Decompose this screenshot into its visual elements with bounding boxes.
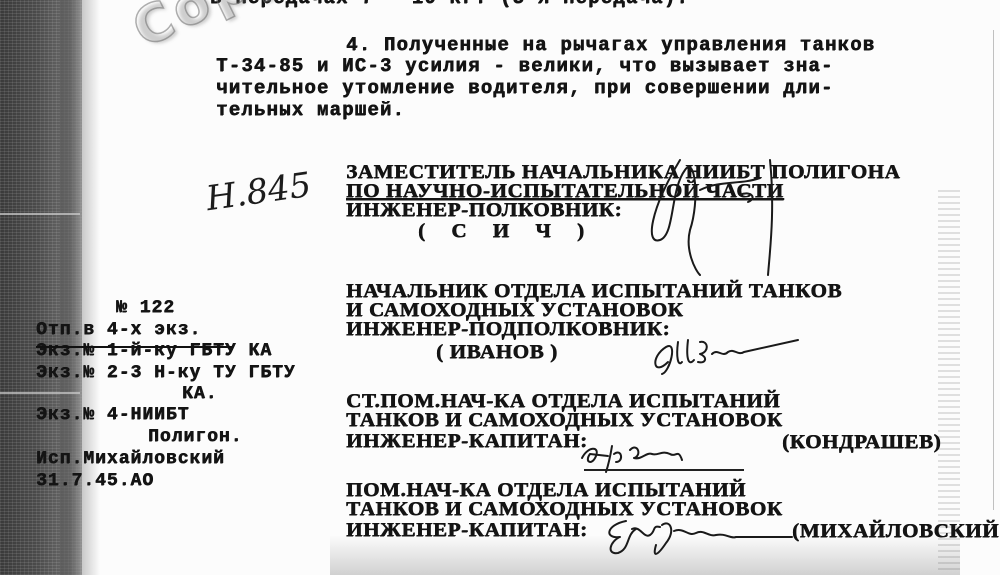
scan-noise <box>938 190 960 570</box>
binding-crease <box>0 213 80 215</box>
handwritten-file-number: Н.845 <box>204 165 314 219</box>
page-edge <box>993 30 994 510</box>
signer-3-title-line-1: СТ.ПОМ.НАЧ-КА ОТДЕЛА ИСПЫТАНИЙ <box>346 391 780 411</box>
distribution-line-6: Полигон. <box>148 427 242 447</box>
top-cut-line: в передачах 7 — 10 кг. (3-я передача). <box>210 0 689 8</box>
signer-3-title-line-2: ТАНКОВ И САМОХОДНЫХ УСТАНОВОК <box>346 410 783 430</box>
scanned-document-page: в передачах 7 — 10 кг. (3-я передача). 4… <box>0 0 1000 575</box>
signature-underline <box>584 469 744 471</box>
distribution-line-8: 31.7.45.АО <box>36 471 154 491</box>
signer-3-name: (КОНДРАШЕВ) <box>782 432 941 452</box>
distribution-line-1: Отп.в 4-х экз. <box>36 320 201 340</box>
signer-2-title-line-2: И САМОХОДНЫХ УСТАНОВОК <box>346 300 683 320</box>
distribution-line-3: Экз.№ 2-3 Н-ку ТУ ГБТУ <box>36 363 296 383</box>
signature-2 <box>648 322 808 382</box>
signature-1 <box>640 150 790 280</box>
signer-1-title-line-3: ИНЖЕНЕР-ПОЛКОВНИК: <box>346 200 622 220</box>
distribution-line-2: Экз.№ 1-й-ку ГБТУ КА <box>36 341 272 361</box>
paragraph-4-line-2: Т-34-85 и ИС-3 усилия - велики, что вызы… <box>216 56 834 76</box>
distribution-line-7: Исп.Михайловский <box>36 449 225 469</box>
paragraph-4-line-1: 4. Полученные на рычагах управления танк… <box>346 35 875 55</box>
distribution-line-5: Экз.№ 4-НИИБТ <box>36 405 189 425</box>
signer-4-name: (МИХАЙЛОВСКИЙ <box>792 521 999 541</box>
signer-2-name: ( ИВАНОВ ) <box>436 342 558 362</box>
paragraph-4-line-4: тельных маршей. <box>216 100 405 120</box>
signer-4-title-line-1: ПОМ.НАЧ-КА ОТДЕЛА ИСПЫТАНИЙ <box>346 480 746 500</box>
signer-4-title-line-3: ИНЖЕНЕР-КАПИТАН: <box>346 520 588 540</box>
signer-2-title-line-3: ИНЖЕНЕР-ПОДПОЛКОВНИК: <box>346 319 670 339</box>
paragraph-4-line-3: чительное утомление водителя, при соверш… <box>216 78 834 98</box>
distribution-line-4: КА. <box>182 384 217 404</box>
signature-4 <box>596 515 796 565</box>
binding-crease <box>0 392 80 394</box>
strikethrough-line <box>36 346 232 348</box>
signer-2-title-line-1: НАЧАЛЬНИК ОТДЕЛА ИСПЫТАНИЙ ТАНКОВ <box>346 281 842 301</box>
signer-3-title-line-3: ИНЖЕНЕР-КАПИТАН: <box>346 431 588 451</box>
signer-1-title-line-1: ЗАМЕСТИТЕЛЬ НАЧАЛЬНИКА НИИБТ ПОЛИГОНА <box>346 162 900 182</box>
signer-1-name: ( С И Ч ) <box>418 221 594 241</box>
outgoing-number: № 122 <box>116 298 175 318</box>
